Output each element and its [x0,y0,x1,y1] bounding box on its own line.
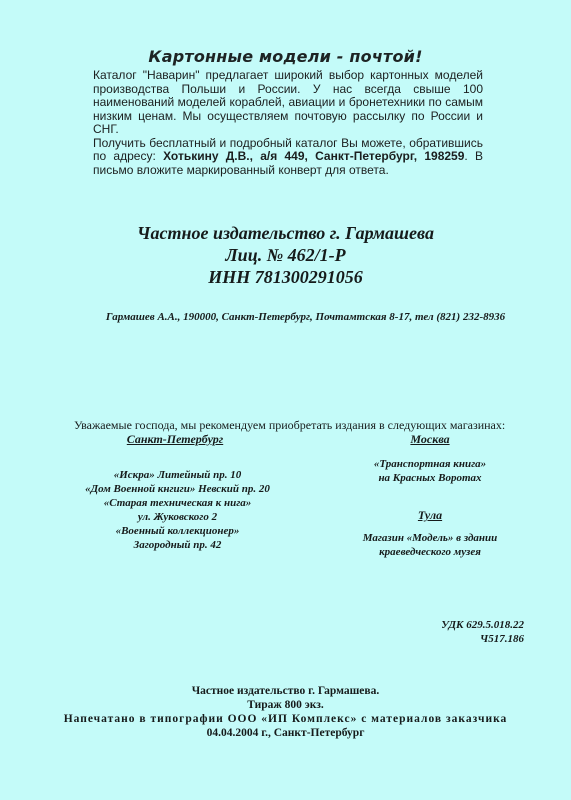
shop-city-moscow: Москва [380,432,480,447]
bbk-code: Ч517.186 [380,632,524,646]
shop-list-tula: Магазин «Модель» в здании краеведческого… [340,531,520,559]
shops-intro: Уважаемые господа, мы рекомендуем приобр… [74,418,505,433]
shop-line: Загородный пр. 42 [60,538,295,552]
shop-city-spb: Санкт-Петербург [95,432,255,447]
publisher-block: Частное издательство г. Гармашева Лиц. №… [0,222,571,288]
shop-line: ул. Жуковского 2 [60,510,295,524]
shop-city-tula: Тула [380,508,480,523]
promo-order-address: Хотькину Д.В., а/я 449, Санкт-Петербург,… [163,149,464,163]
shop-line: «Дом Военной кнгиги» Невский пр. 20 [60,482,295,496]
shop-line: краеведческого музея [340,545,520,559]
shop-line: «Военный коллекционер» [60,524,295,538]
city-heading: Санкт-Петербург [127,432,223,446]
city-heading: Тула [418,508,442,522]
shop-list-moscow: «Транспортная книга» на Красных Воротах [340,457,520,485]
udk-code: УДК 629.5.018.22 [380,618,524,632]
promo-body: Каталог "Наварин" предлагает широкий выб… [93,69,483,177]
promo-paragraph-catalog: Каталог "Наварин" предлагает широкий выб… [93,69,483,137]
imprint-printed-by: Напечатано в типографии ООО «ИП Комплекс… [0,712,571,726]
imprint-publisher: Частное издательство г. Гармашева. [0,684,571,698]
promo-title: Картонные модели - почтой! [0,47,571,66]
publisher-license: Лиц. № 462/1-Р [0,244,571,266]
classification-codes: УДК 629.5.018.22 Ч517.186 [380,618,524,646]
imprint: Частное издательство г. Гармашева. Тираж… [0,684,571,740]
shop-line: «Искра» Литейный пр. 10 [60,468,295,482]
shop-list-spb: «Искра» Литейный пр. 10 «Дом Военной кнг… [60,468,295,552]
shop-line: «Старая техническая к нига» [60,496,295,510]
publisher-contact: Гармашев А.А., 190000, Санкт-Петербург, … [0,311,571,323]
promo-paragraph-order: Получить бесплатный и подробный каталог … [93,137,483,178]
shop-line: на Красных Воротах [340,471,520,485]
imprint-date-place: 04.04.2004 г., Санкт-Петербург [0,726,571,740]
city-heading: Москва [410,432,449,446]
imprint-print-run: Тираж 800 экз. [0,698,571,712]
shop-line: «Транспортная книга» [340,457,520,471]
shop-line: Магазин «Модель» в здании [340,531,520,545]
publisher-name: Частное издательство г. Гармашева [0,222,571,244]
publisher-inn: ИНН 781300291056 [0,266,571,288]
